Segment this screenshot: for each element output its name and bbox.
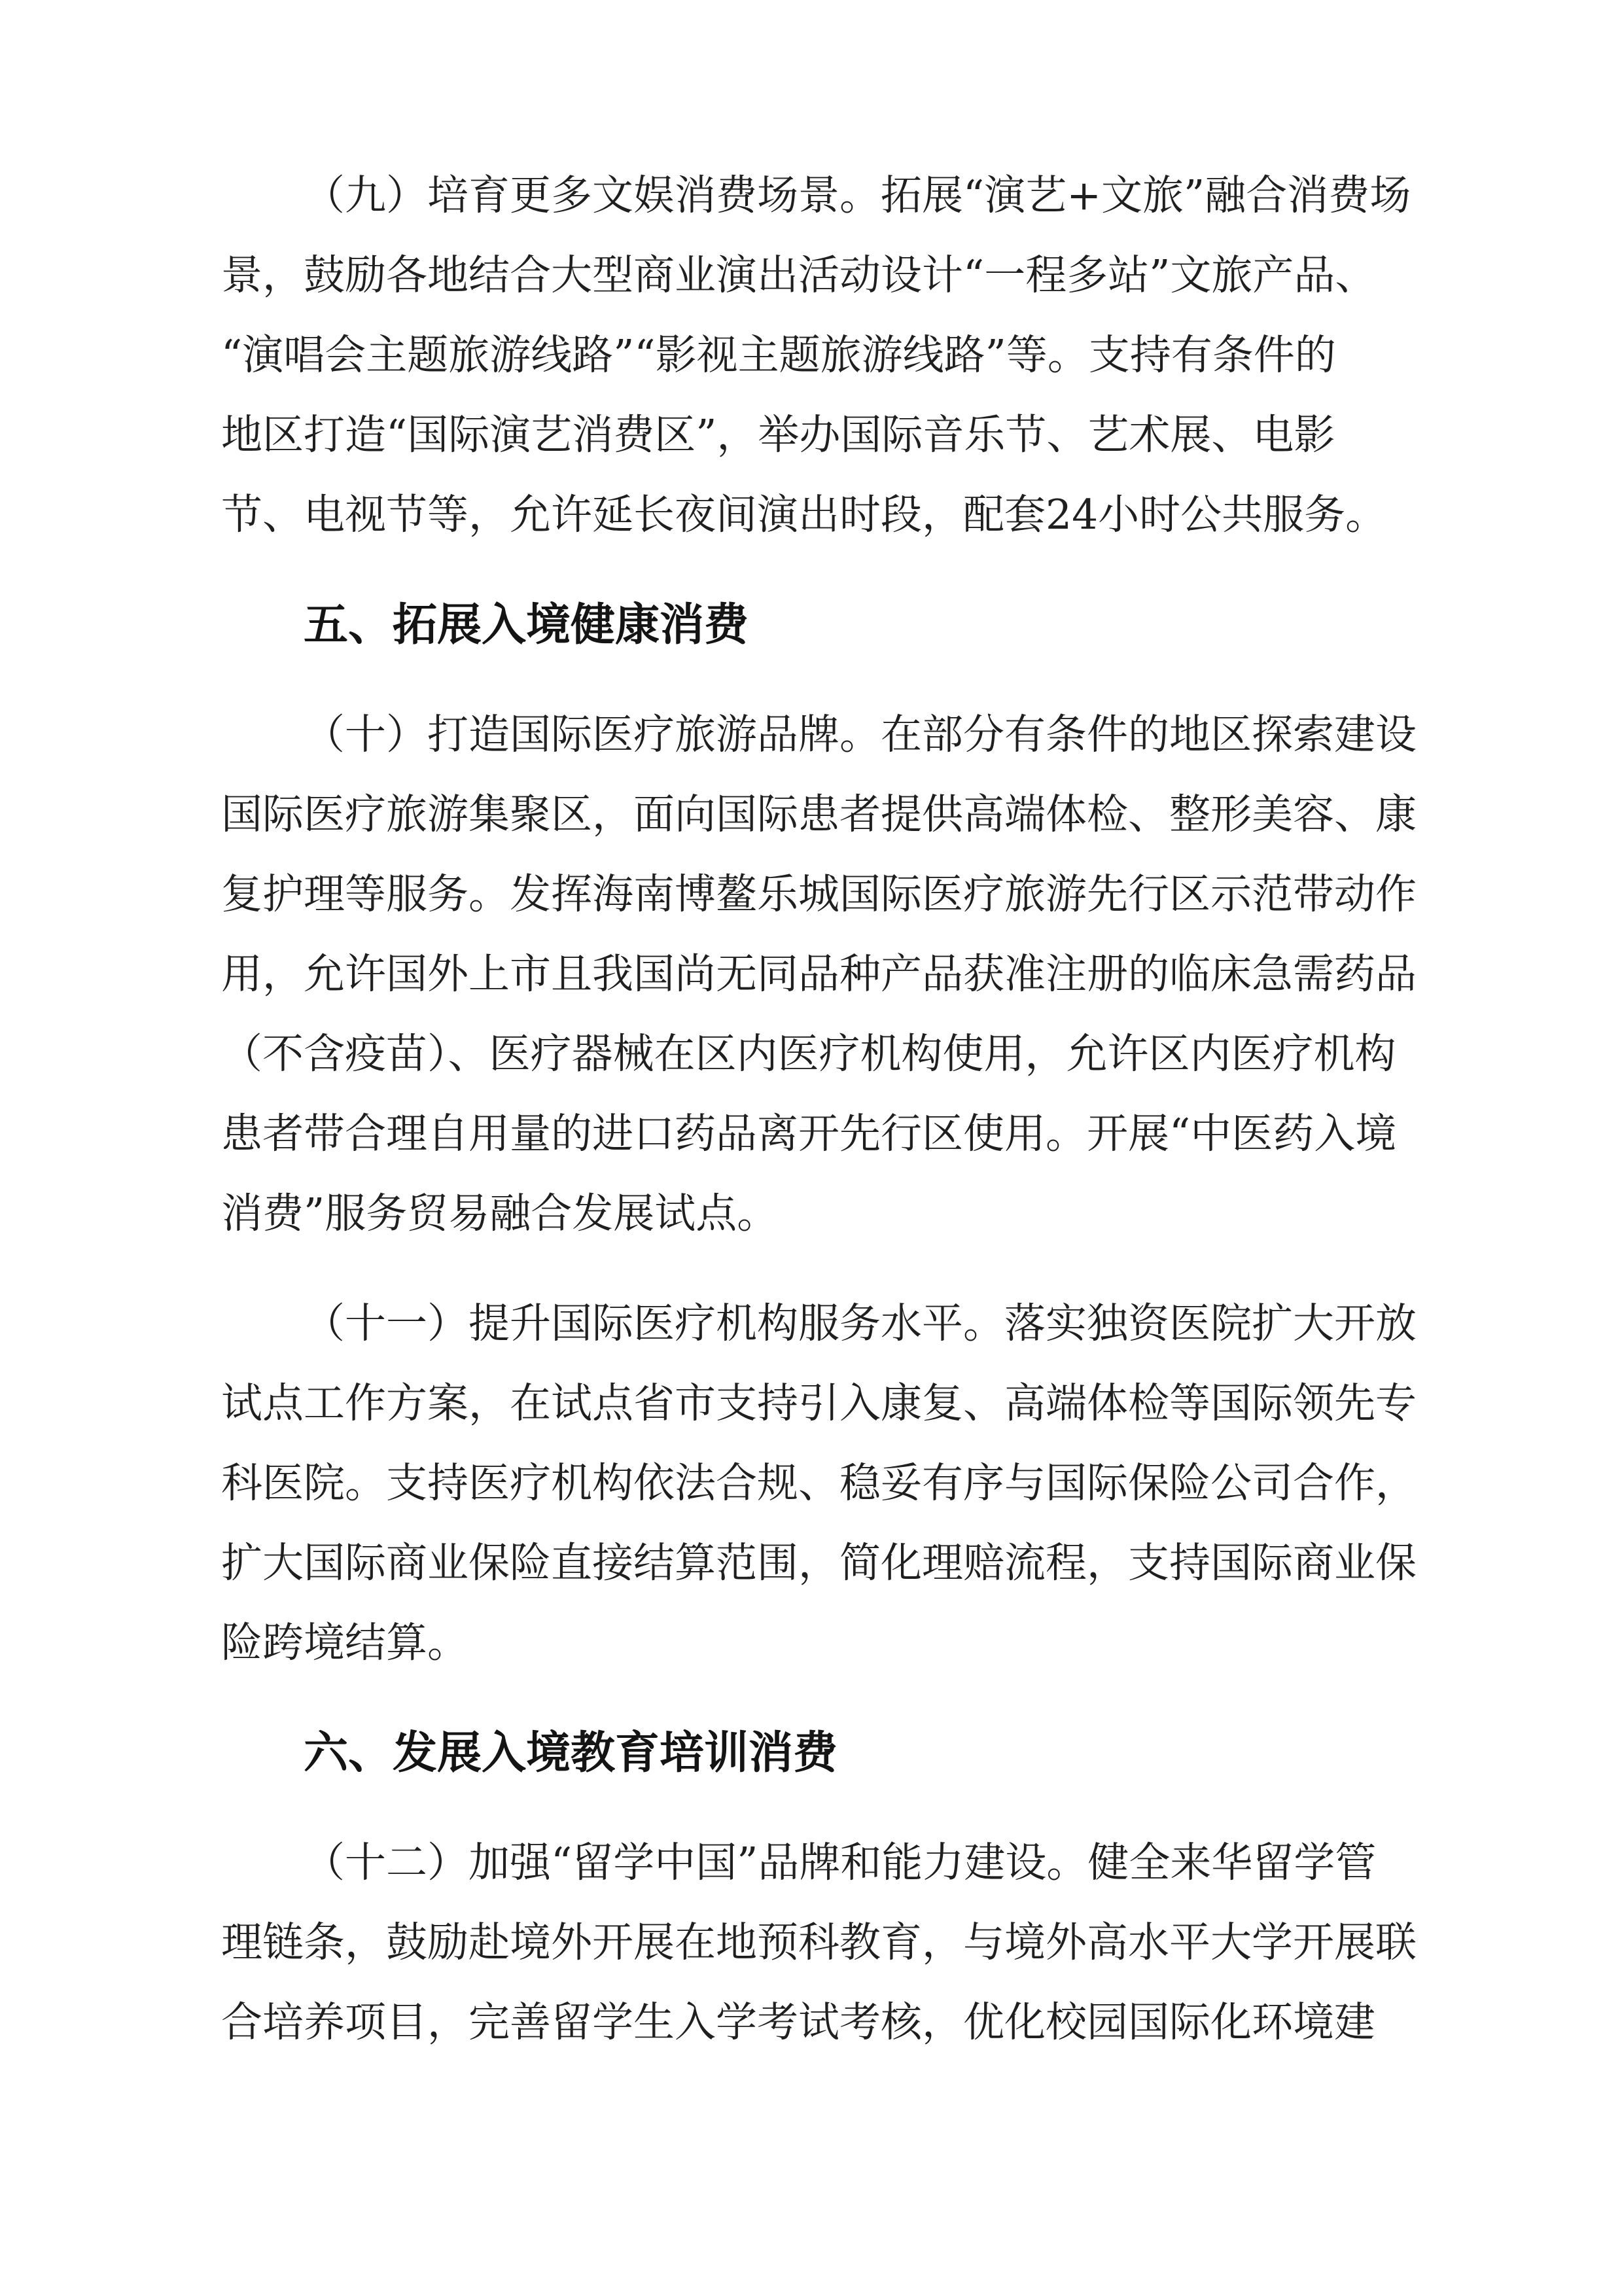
text-line: 试点工作方案，在试点省市支持引入康复、高端体检等国际领先专 <box>221 1364 1451 1443</box>
text-line: （不含疫苗）、医疗器械在区内医疗机构使用，允许区内医疗机构 <box>221 1014 1451 1094</box>
text-line: 扩大国际商业保险直接结算范围，简化理赔流程，支持国际商业保 <box>221 1523 1451 1603</box>
para-item-11: （十一）提升国际医疗机构服务水平。落实独资医院扩大开放试点工作方案，在试点省市支… <box>221 1284 1451 1683</box>
para-item-12: （十二）加强“留学中国”品牌和能力建设。健全来华留学管理链条，鼓励赴境外开展在地… <box>221 1823 1451 2062</box>
text-line: 景，鼓励各地结合大型商业演出活动设计“一程多站”文旅产品、 <box>221 236 1451 315</box>
text-line: （十）打造国际医疗旅游品牌。在部分有条件的地区探索建设 <box>221 695 1451 775</box>
heading-section-6: 六、发展入境教育培训消费 <box>221 1713 1451 1793</box>
text-line: 理链条，鼓励赴境外开展在地预科教育，与境外高水平大学开展联 <box>221 1903 1451 1983</box>
text-line: 消费”服务贸易融合发展试点。 <box>221 1174 1451 1254</box>
text-line: 险跨境结算。 <box>221 1603 1451 1683</box>
heading-text: 五、拓展入境健康消费 <box>221 585 1451 665</box>
document-page: （九）培育更多文娱消费场景。拓展“演艺+文旅”融合消费场景，鼓励各地结合大型商业… <box>0 0 1622 2296</box>
text-line: 合培养项目，完善留学生入学考试考核，优化校园国际化环境建 <box>221 1983 1451 2062</box>
text-line: 复护理等服务。发挥海南博鳌乐城国际医疗旅游先行区示范带动作 <box>221 855 1451 934</box>
text-line: 地区打造“国际演艺消费区”，举办国际音乐节、艺术展、电影 <box>221 395 1451 475</box>
text-line: （十一）提升国际医疗机构服务水平。落实独资医院扩大开放 <box>221 1284 1451 1364</box>
para-item-10: （十）打造国际医疗旅游品牌。在部分有条件的地区探索建设国际医疗旅游集聚区，面向国… <box>221 695 1451 1254</box>
text-line: 患者带合理自用量的进口药品离开先行区使用。开展“中医药入境 <box>221 1094 1451 1174</box>
text-line: 科医院。支持医疗机构依法合规、稳妥有序与国际保险公司合作， <box>221 1443 1451 1523</box>
text-line: 国际医疗旅游集聚区，面向国际患者提供高端体检、整形美容、康 <box>221 775 1451 855</box>
heading-text: 六、发展入境教育培训消费 <box>221 1713 1451 1793</box>
heading-section-5: 五、拓展入境健康消费 <box>221 585 1451 665</box>
text-line: 节、电视节等，允许延长夜间演出时段，配套24小时公共服务。 <box>221 475 1451 555</box>
text-line: （十二）加强“留学中国”品牌和能力建设。健全来华留学管 <box>221 1823 1451 1903</box>
document-content: （九）培育更多文娱消费场景。拓展“演艺+文旅”融合消费场景，鼓励各地结合大型商业… <box>221 156 1451 2062</box>
para-item-9: （九）培育更多文娱消费场景。拓展“演艺+文旅”融合消费场景，鼓励各地结合大型商业… <box>221 156 1451 555</box>
text-line: “演唱会主题旅游线路”“影视主题旅游线路”等。支持有条件的 <box>221 315 1451 395</box>
text-line: 用，允许国外上市且我国尚无同品种产品获准注册的临床急需药品 <box>221 934 1451 1014</box>
text-line: （九）培育更多文娱消费场景。拓展“演艺+文旅”融合消费场 <box>221 156 1451 236</box>
